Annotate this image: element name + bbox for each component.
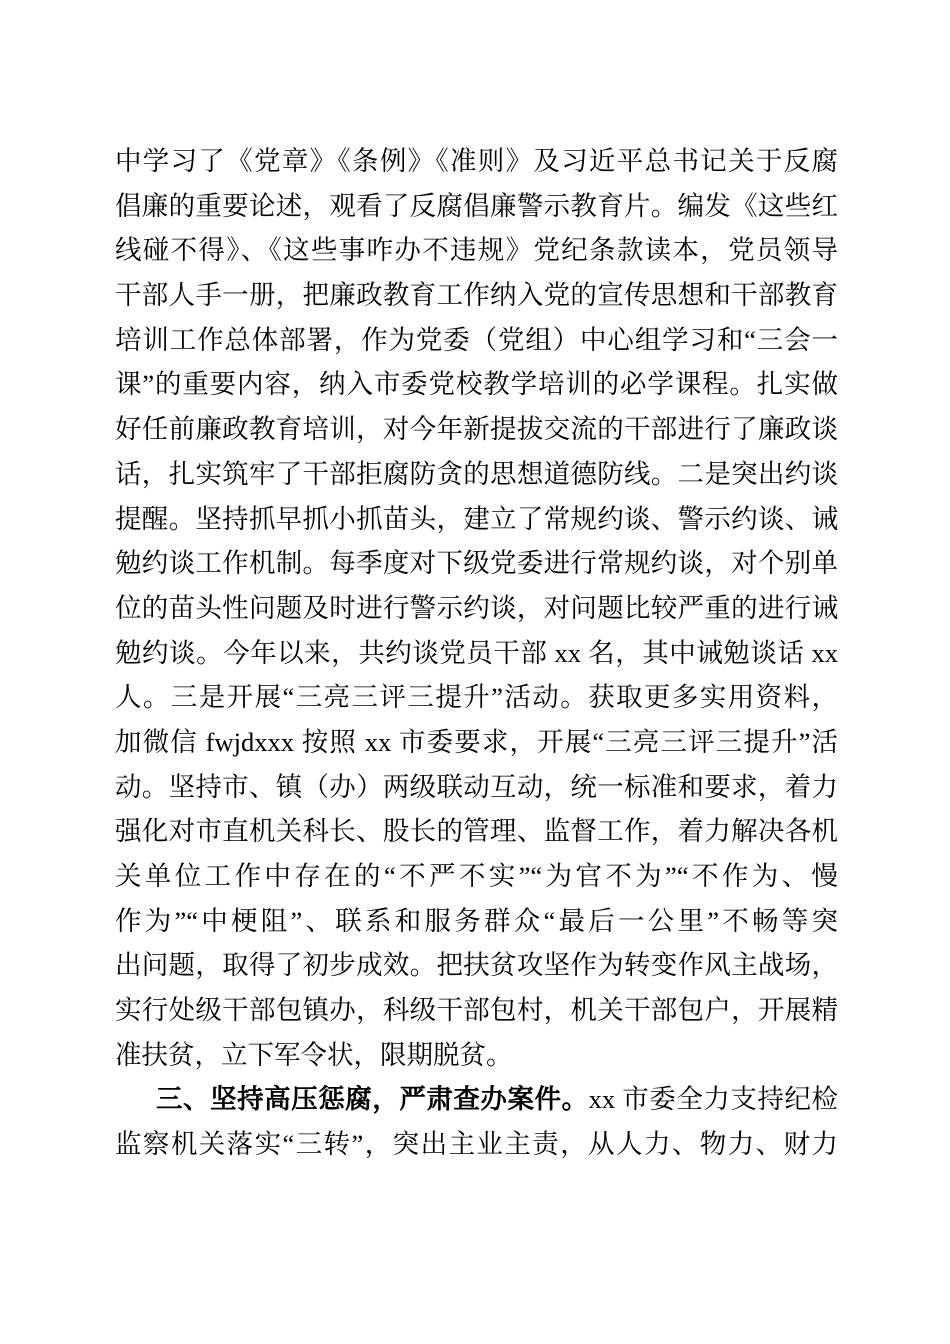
body-text: 出问题，取得了初步成效。把扶贫攻坚作为转变作风主战场， bbox=[115, 950, 838, 980]
document-page: 中学习了《党章》《条例》《准则》及习近平总书记关于反腐倡廉的重要论述，观看了反腐… bbox=[0, 0, 950, 1344]
body-text: 强化对市直机关科长、股长的管理、监督工作，着力解决各机 bbox=[115, 816, 838, 846]
text-block: 中学习了《党章》《条例》《准则》及习近平总书记关于反腐倡廉的重要论述，观看了反腐… bbox=[115, 139, 838, 1167]
text-line: 实行处级干部包镇办，科级干部包村，机关干部包户，开展精 bbox=[115, 988, 838, 1033]
body-text: 培训工作总体部署，作为党委（党组）中心组学习和“三会一 bbox=[115, 325, 838, 355]
text-line: 勉约谈。今年以来，共约谈党员干部 xx 名，其中诫勉谈话 xx bbox=[115, 631, 838, 676]
body-text: 中学习了《党章》《条例》《准则》及习近平总书记关于反腐 bbox=[115, 146, 838, 176]
text-line: 提醒。坚持抓早抓小抓苗头，建立了常规约谈、警示约谈、诫 bbox=[115, 497, 838, 542]
text-line: 三、坚持高压惩腐，严肃查办案件。xx 市委全力支持纪检 bbox=[115, 1077, 838, 1122]
body-text: 位的苗头性问题及时进行警示约谈，对问题比较严重的进行诫 bbox=[115, 593, 838, 623]
body-text: 监察机关落实“三转”，突出主业主责，从人力、物力、财力 bbox=[115, 1129, 838, 1159]
text-line: 课”的重要内容，纳入市委党校教学培训的必学课程。扎实做 bbox=[115, 362, 838, 407]
text-line: 出问题，取得了初步成效。把扶贫攻坚作为转变作风主战场， bbox=[115, 943, 838, 988]
text-line: 位的苗头性问题及时进行警示约谈，对问题比较严重的进行诫 bbox=[115, 586, 838, 631]
text-line: 准扶贫，立下军令状，限期脱贫。 bbox=[115, 1033, 838, 1078]
text-line: 人。三是开展“三亮三评三提升”活动。获取更多实用资料， bbox=[115, 675, 838, 720]
text-line: 话，扎实筑牢了干部拒腐防贪的思想道德防线。二是突出约谈 bbox=[115, 452, 838, 497]
body-text: 作为”“中梗阻”、联系和服务群众“最后一公里”不畅等突 bbox=[115, 906, 838, 936]
body-text: 话，扎实筑牢了干部拒腐防贪的思想道德防线。二是突出约谈 bbox=[115, 459, 838, 489]
text-line: 线碰不得》、《这些事咋办不违规》党纪条款读本，党员领导 bbox=[115, 228, 838, 273]
text-line: 作为”“中梗阻”、联系和服务群众“最后一公里”不畅等突 bbox=[115, 899, 838, 944]
text-line: 好任前廉政教育培训，对今年新提拔交流的干部进行了廉政谈 bbox=[115, 407, 838, 452]
body-text: 人。三是开展“三亮三评三提升”活动。获取更多实用资料， bbox=[115, 682, 838, 712]
body-text: 关单位工作中存在的“不严不实”“为官不为”“不作为、慢 bbox=[115, 861, 838, 891]
body-text: 提醒。坚持抓早抓小抓苗头，建立了常规约谈、警示约谈、诫 bbox=[115, 504, 838, 534]
body-text: 勉约谈工作机制。每季度对下级党委进行常规约谈，对个别单 bbox=[115, 548, 838, 578]
body-text: 动。坚持市、镇（办）两级联动互动，统一标准和要求，着力 bbox=[115, 772, 838, 802]
text-line: 干部人手一册，把廉政教育工作纳入党的宣传思想和干部教育 bbox=[115, 273, 838, 318]
heading-bold-text: 三、坚持高压惩腐，严肃查办案件。 bbox=[156, 1084, 589, 1114]
text-line: 勉约谈工作机制。每季度对下级党委进行常规约谈，对个别单 bbox=[115, 541, 838, 586]
body-text: xx 市委全力支持纪检 bbox=[589, 1084, 838, 1114]
body-text: 线碰不得》、《这些事咋办不违规》党纪条款读本，党员领导 bbox=[115, 235, 838, 265]
text-line: 强化对市直机关科长、股长的管理、监督工作，着力解决各机 bbox=[115, 809, 838, 854]
text-line: 动。坚持市、镇（办）两级联动互动，统一标准和要求，着力 bbox=[115, 765, 838, 810]
body-text: 勉约谈。今年以来，共约谈党员干部 xx 名，其中诫勉谈话 xx bbox=[115, 638, 838, 668]
body-text: 干部人手一册，把廉政教育工作纳入党的宣传思想和干部教育 bbox=[115, 280, 838, 310]
text-line: 监察机关落实“三转”，突出主业主责，从人力、物力、财力 bbox=[115, 1122, 838, 1167]
body-text: 好任前廉政教育培训，对今年新提拔交流的干部进行了廉政谈 bbox=[115, 414, 838, 444]
body-text: 加微信 fwjdxxx 按照 xx 市委要求，开展“三亮三评三提升”活 bbox=[115, 727, 838, 757]
text-line: 培训工作总体部署，作为党委（党组）中心组学习和“三会一 bbox=[115, 318, 838, 363]
body-text: 准扶贫，立下军令状，限期脱贫。 bbox=[115, 1040, 513, 1070]
body-text: 课”的重要内容，纳入市委党校教学培训的必学课程。扎实做 bbox=[115, 369, 838, 399]
text-line: 加微信 fwjdxxx 按照 xx 市委要求，开展“三亮三评三提升”活 bbox=[115, 720, 838, 765]
text-line: 中学习了《党章》《条例》《准则》及习近平总书记关于反腐 bbox=[115, 139, 838, 184]
text-line: 关单位工作中存在的“不严不实”“为官不为”“不作为、慢 bbox=[115, 854, 838, 899]
body-text: 实行处级干部包镇办，科级干部包村，机关干部包户，开展精 bbox=[115, 995, 838, 1025]
body-text: 倡廉的重要论述，观看了反腐倡廉警示教育片。编发《这些红 bbox=[115, 191, 838, 221]
text-line: 倡廉的重要论述，观看了反腐倡廉警示教育片。编发《这些红 bbox=[115, 184, 838, 229]
